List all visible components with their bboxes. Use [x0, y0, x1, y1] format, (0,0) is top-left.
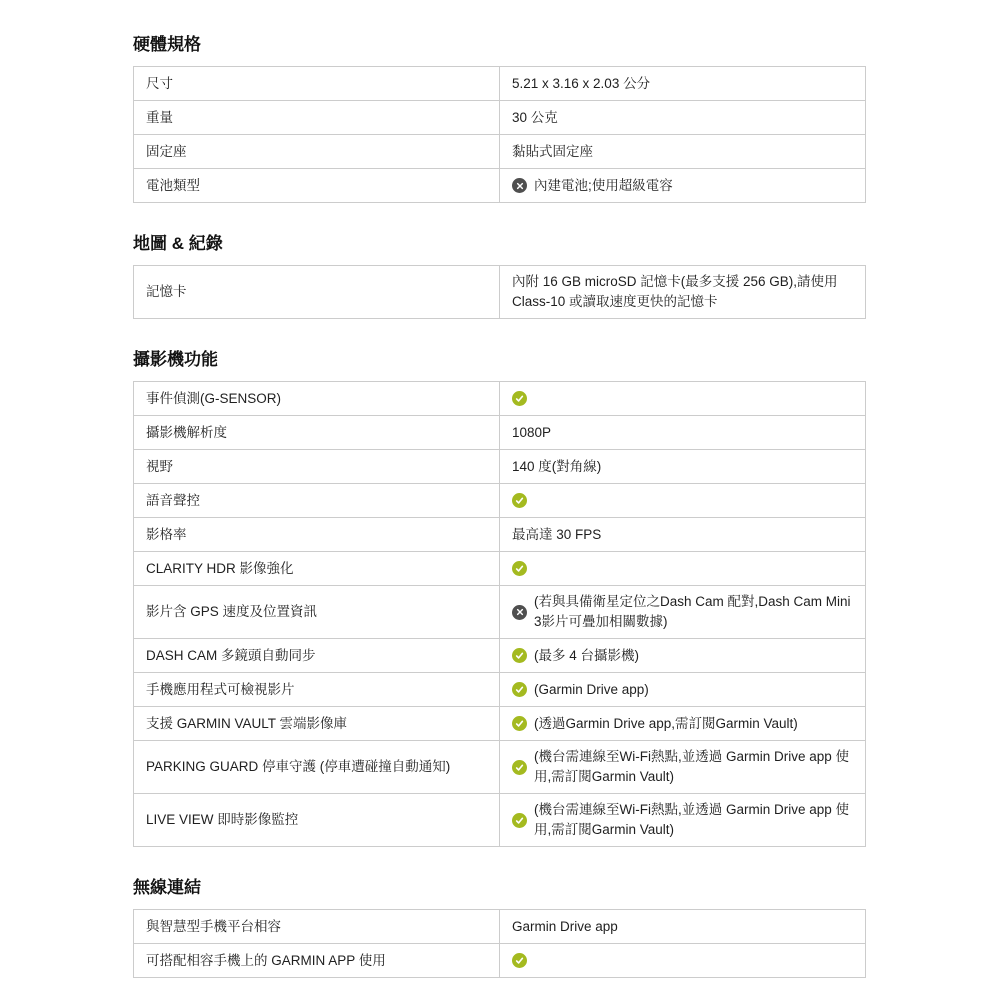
- spec-value-inner: [512, 493, 853, 508]
- check-icon: [512, 716, 527, 731]
- check-icon: [512, 760, 527, 775]
- spec-table: 記憶卡 內附 16 GB microSD 記憶卡(最多支援 256 GB),請使…: [133, 265, 866, 319]
- spec-value-text: (機台需連線至Wi-Fi熱點,並透過 Garmin Drive app 使用,需…: [534, 800, 853, 840]
- spec-row: 固定座 黏貼式固定座: [134, 135, 866, 169]
- spec-value-text: (最多 4 台攝影機): [534, 646, 639, 666]
- check-icon: [512, 682, 527, 697]
- spec-row: DASH CAM 多鏡頭自動同步 (最多 4 台攝影機): [134, 639, 866, 673]
- spec-row: LIVE VIEW 即時影像監控 (機台需連線至Wi-Fi熱點,並透過 Garm…: [134, 794, 866, 847]
- spec-value-inner: (機台需連線至Wi-Fi熱點,並透過 Garmin Drive app 使用,需…: [512, 800, 853, 840]
- section-title: 硬體規格: [133, 34, 866, 55]
- spec-label: 記憶卡: [134, 266, 500, 319]
- check-icon: [512, 493, 527, 508]
- spec-value: Garmin Drive app: [500, 910, 866, 944]
- spec-value-inner: (透過Garmin Drive app,需訂閱Garmin Vault): [512, 714, 853, 734]
- check-icon: [512, 813, 527, 828]
- spec-label: 固定座: [134, 135, 500, 169]
- spec-value-inner: [512, 953, 853, 968]
- spec-row: 記憶卡 內附 16 GB microSD 記憶卡(最多支援 256 GB),請使…: [134, 266, 866, 319]
- spec-table: 事件偵測(G-SENSOR) 攝影機解析度 1080P 視野 140 度(對角線…: [133, 381, 866, 847]
- spec-value-text: 30 公克: [512, 108, 558, 128]
- spec-value: (透過Garmin Drive app,需訂閱Garmin Vault): [500, 707, 866, 741]
- spec-label: PARKING GUARD 停車守護 (停車遭碰撞自動通知): [134, 741, 500, 794]
- spec-value-inner: 30 公克: [512, 108, 853, 128]
- spec-label: 重量: [134, 101, 500, 135]
- spec-row: 事件偵測(G-SENSOR): [134, 382, 866, 416]
- spec-value-text: 內建電池;使用超級電容: [534, 176, 673, 196]
- spec-value-text: (機台需連線至Wi-Fi熱點,並透過 Garmin Drive app 使用,需…: [534, 747, 853, 787]
- cross-icon: [512, 605, 527, 620]
- spec-row: 電池類型 內建電池;使用超級電容: [134, 169, 866, 203]
- spec-value-text: 內附 16 GB microSD 記憶卡(最多支援 256 GB),請使用 Cl…: [512, 272, 853, 312]
- spec-row: 視野 140 度(對角線): [134, 450, 866, 484]
- spec-label: 尺寸: [134, 67, 500, 101]
- spec-row: 影格率 最高達 30 FPS: [134, 518, 866, 552]
- spec-page: 硬體規格 尺寸 5.21 x 3.16 x 2.03 公分 重量 30 公克 固…: [0, 0, 1000, 1000]
- spec-content: 硬體規格 尺寸 5.21 x 3.16 x 2.03 公分 重量 30 公克 固…: [133, 0, 866, 978]
- spec-section: 無線連結 與智慧型手機平台相容 Garmin Drive app 可搭配相容手機…: [133, 877, 866, 978]
- spec-table: 尺寸 5.21 x 3.16 x 2.03 公分 重量 30 公克 固定座 黏貼…: [133, 66, 866, 203]
- spec-value-text: 5.21 x 3.16 x 2.03 公分: [512, 74, 650, 94]
- spec-value: (機台需連線至Wi-Fi熱點,並透過 Garmin Drive app 使用,需…: [500, 794, 866, 847]
- spec-value-inner: (若與具備衛星定位之Dash Cam 配對,Dash Cam Mini 3影片可…: [512, 592, 853, 632]
- spec-label: 電池類型: [134, 169, 500, 203]
- spec-value-inner: (最多 4 台攝影機): [512, 646, 853, 666]
- spec-row: PARKING GUARD 停車守護 (停車遭碰撞自動通知) (機台需連線至Wi…: [134, 741, 866, 794]
- check-icon: [512, 391, 527, 406]
- check-icon: [512, 648, 527, 663]
- spec-value: (Garmin Drive app): [500, 673, 866, 707]
- section-title: 無線連結: [133, 877, 866, 898]
- spec-value: (若與具備衛星定位之Dash Cam 配對,Dash Cam Mini 3影片可…: [500, 586, 866, 639]
- check-icon: [512, 561, 527, 576]
- spec-value-text: 1080P: [512, 423, 551, 443]
- spec-row: 支援 GARMIN VAULT 雲端影像庫 (透過Garmin Drive ap…: [134, 707, 866, 741]
- spec-value-inner: 140 度(對角線): [512, 457, 853, 477]
- spec-value: [500, 484, 866, 518]
- spec-value: 內附 16 GB microSD 記憶卡(最多支援 256 GB),請使用 Cl…: [500, 266, 866, 319]
- spec-value: 140 度(對角線): [500, 450, 866, 484]
- spec-value: 黏貼式固定座: [500, 135, 866, 169]
- spec-value-text: (Garmin Drive app): [534, 680, 649, 700]
- spec-value-inner: 5.21 x 3.16 x 2.03 公分: [512, 74, 853, 94]
- spec-section: 地圖 & 紀錄 記憶卡 內附 16 GB microSD 記憶卡(最多支援 25…: [133, 233, 866, 319]
- spec-value-inner: 內附 16 GB microSD 記憶卡(最多支援 256 GB),請使用 Cl…: [512, 272, 853, 312]
- spec-row: 可搭配相容手機上的 GARMIN APP 使用: [134, 944, 866, 978]
- spec-label: LIVE VIEW 即時影像監控: [134, 794, 500, 847]
- spec-value: (機台需連線至Wi-Fi熱點,並透過 Garmin Drive app 使用,需…: [500, 741, 866, 794]
- spec-table: 與智慧型手機平台相容 Garmin Drive app 可搭配相容手機上的 GA…: [133, 909, 866, 978]
- spec-value: 5.21 x 3.16 x 2.03 公分: [500, 67, 866, 101]
- spec-value-text: 黏貼式固定座: [512, 142, 593, 162]
- spec-value-text: 最高達 30 FPS: [512, 525, 601, 545]
- spec-label: DASH CAM 多鏡頭自動同步: [134, 639, 500, 673]
- spec-value-text: Garmin Drive app: [512, 917, 618, 937]
- spec-value-inner: (機台需連線至Wi-Fi熱點,並透過 Garmin Drive app 使用,需…: [512, 747, 853, 787]
- spec-label: 攝影機解析度: [134, 416, 500, 450]
- spec-row: 尺寸 5.21 x 3.16 x 2.03 公分: [134, 67, 866, 101]
- spec-value-inner: (Garmin Drive app): [512, 680, 853, 700]
- spec-row: 重量 30 公克: [134, 101, 866, 135]
- spec-value-text: (若與具備衛星定位之Dash Cam 配對,Dash Cam Mini 3影片可…: [534, 592, 853, 632]
- spec-row: 語音聲控: [134, 484, 866, 518]
- check-icon: [512, 953, 527, 968]
- spec-value: [500, 552, 866, 586]
- spec-value: [500, 382, 866, 416]
- spec-label: 可搭配相容手機上的 GARMIN APP 使用: [134, 944, 500, 978]
- spec-label: 事件偵測(G-SENSOR): [134, 382, 500, 416]
- spec-value-inner: 1080P: [512, 423, 853, 443]
- spec-label: 影片含 GPS 速度及位置資訊: [134, 586, 500, 639]
- spec-value-text: (透過Garmin Drive app,需訂閱Garmin Vault): [534, 714, 798, 734]
- spec-section: 硬體規格 尺寸 5.21 x 3.16 x 2.03 公分 重量 30 公克 固…: [133, 34, 866, 203]
- spec-label: CLARITY HDR 影像強化: [134, 552, 500, 586]
- spec-row: 手機應用程式可檢視影片 (Garmin Drive app): [134, 673, 866, 707]
- spec-value-inner: [512, 391, 853, 406]
- spec-label: 與智慧型手機平台相容: [134, 910, 500, 944]
- spec-value-inner: 黏貼式固定座: [512, 142, 853, 162]
- spec-row: 影片含 GPS 速度及位置資訊 (若與具備衛星定位之Dash Cam 配對,Da…: [134, 586, 866, 639]
- cross-icon: [512, 178, 527, 193]
- spec-value-inner: 最高達 30 FPS: [512, 525, 853, 545]
- spec-value-inner: 內建電池;使用超級電容: [512, 176, 853, 196]
- section-title: 地圖 & 紀錄: [133, 233, 866, 254]
- spec-value: 1080P: [500, 416, 866, 450]
- spec-value: (最多 4 台攝影機): [500, 639, 866, 673]
- spec-label: 手機應用程式可檢視影片: [134, 673, 500, 707]
- spec-section: 攝影機功能 事件偵測(G-SENSOR) 攝影機解析度 1080P 視野 140…: [133, 349, 866, 847]
- spec-row: 與智慧型手機平台相容 Garmin Drive app: [134, 910, 866, 944]
- spec-label: 支援 GARMIN VAULT 雲端影像庫: [134, 707, 500, 741]
- spec-value-text: 140 度(對角線): [512, 457, 601, 477]
- spec-label: 影格率: [134, 518, 500, 552]
- spec-value: [500, 944, 866, 978]
- spec-value-inner: Garmin Drive app: [512, 917, 853, 937]
- spec-value: 內建電池;使用超級電容: [500, 169, 866, 203]
- spec-label: 語音聲控: [134, 484, 500, 518]
- spec-value-inner: [512, 561, 853, 576]
- spec-row: CLARITY HDR 影像強化: [134, 552, 866, 586]
- section-title: 攝影機功能: [133, 349, 866, 370]
- spec-row: 攝影機解析度 1080P: [134, 416, 866, 450]
- spec-value: 最高達 30 FPS: [500, 518, 866, 552]
- spec-label: 視野: [134, 450, 500, 484]
- spec-value: 30 公克: [500, 101, 866, 135]
